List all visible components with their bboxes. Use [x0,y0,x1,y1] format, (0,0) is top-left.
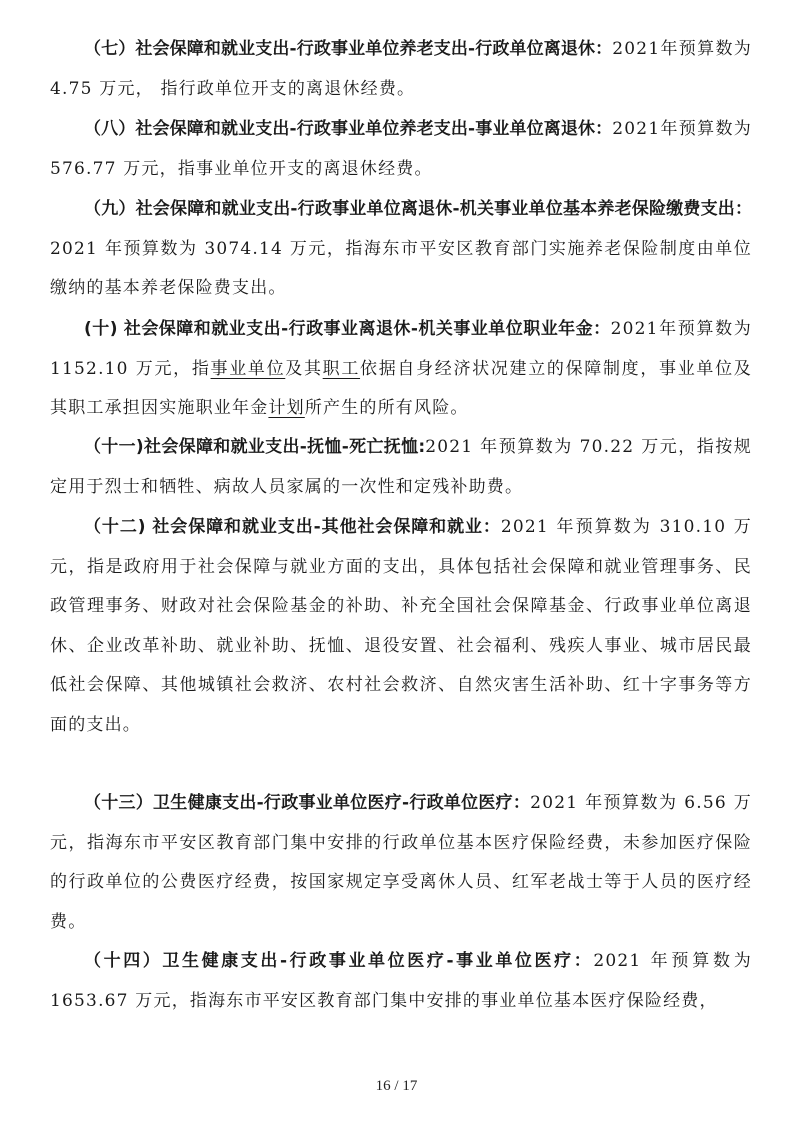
underlined-term: 计划 [268,398,304,418]
paragraph-heading: （七）社会保障和就业支出-行政事业单位养老支出-行政单位离退休： [84,39,612,59]
paragraph-10: (十) 社会保障和就业支出-行政事业离退休-机关事业单位职业年金：2021年预算… [50,310,752,429]
paragraph-body-part: 及其 [285,359,322,379]
paragraph-heading: （八）社会保障和就业支出-行政事业单位养老支出-事业单位离退休： [84,119,612,139]
paragraph-heading: (十) 社会保障和就业支出-行政事业离退休-机关事业单位职业年金： [84,319,611,339]
underlined-term: 事业单位 [211,359,286,379]
underlined-term: 职工 [323,359,360,379]
page-number: 16 / 17 [0,1078,793,1095]
paragraph-9: （九）社会保障和就业支出-行政事业单位离退休-机关事业单位基本养老保险缴费支出：… [50,190,752,309]
paragraph-8: （八）社会保障和就业支出-行政事业单位养老支出-事业单位离退休：2021年预算数… [50,110,752,189]
paragraph-11: （十一)社会保障和就业支出-抚恤-死亡抚恤:2021 年预算数为 70.22 万… [50,428,752,507]
paragraph-heading: （十一)社会保障和就业支出-抚恤-死亡抚恤: [84,437,425,457]
paragraph-body: 2021 年预算数为 310.10 万元，指是政府用于社会保障与就业方面的支出，… [50,517,752,735]
paragraph-heading: （九）社会保障和就业支出-行政事业单位离退休-机关事业单位基本养老保险缴费支出： [84,199,752,219]
paragraph-body: 2021 年预算数为 3074.14 万元，指海东市平安区教育部门实施养老保险制… [50,239,752,299]
paragraph-heading: （十二) 社会保障和就业支出-其他社会保障和就业： [84,517,501,537]
paragraph-body-part: 所产生的所有风险。 [305,398,469,418]
paragraph-heading: （十三）卫生健康支出-行政事业单位医疗-行政单位医疗： [84,793,530,813]
paragraph-13: （十三）卫生健康支出-行政事业单位医疗-行政单位医疗：2021 年预算数为 6.… [50,784,752,942]
paragraph-12: （十二) 社会保障和就业支出-其他社会保障和就业：2021 年预算数为 310.… [50,508,752,745]
paragraph-body: 2021 年预算数为 6.56 万元，指海东市平安区教育部门集中安排的行政单位基… [50,793,752,932]
paragraph-heading: （十四）卫生健康支出-行政事业单位医疗-事业单位医疗： [84,951,593,971]
paragraph-14: （十四）卫生健康支出-行政事业单位医疗-事业单位医疗：2021 年预算数为 16… [50,942,752,1021]
paragraph-7: （七）社会保障和就业支出-行政事业单位养老支出-行政单位离退休：2021年预算数… [50,30,752,109]
